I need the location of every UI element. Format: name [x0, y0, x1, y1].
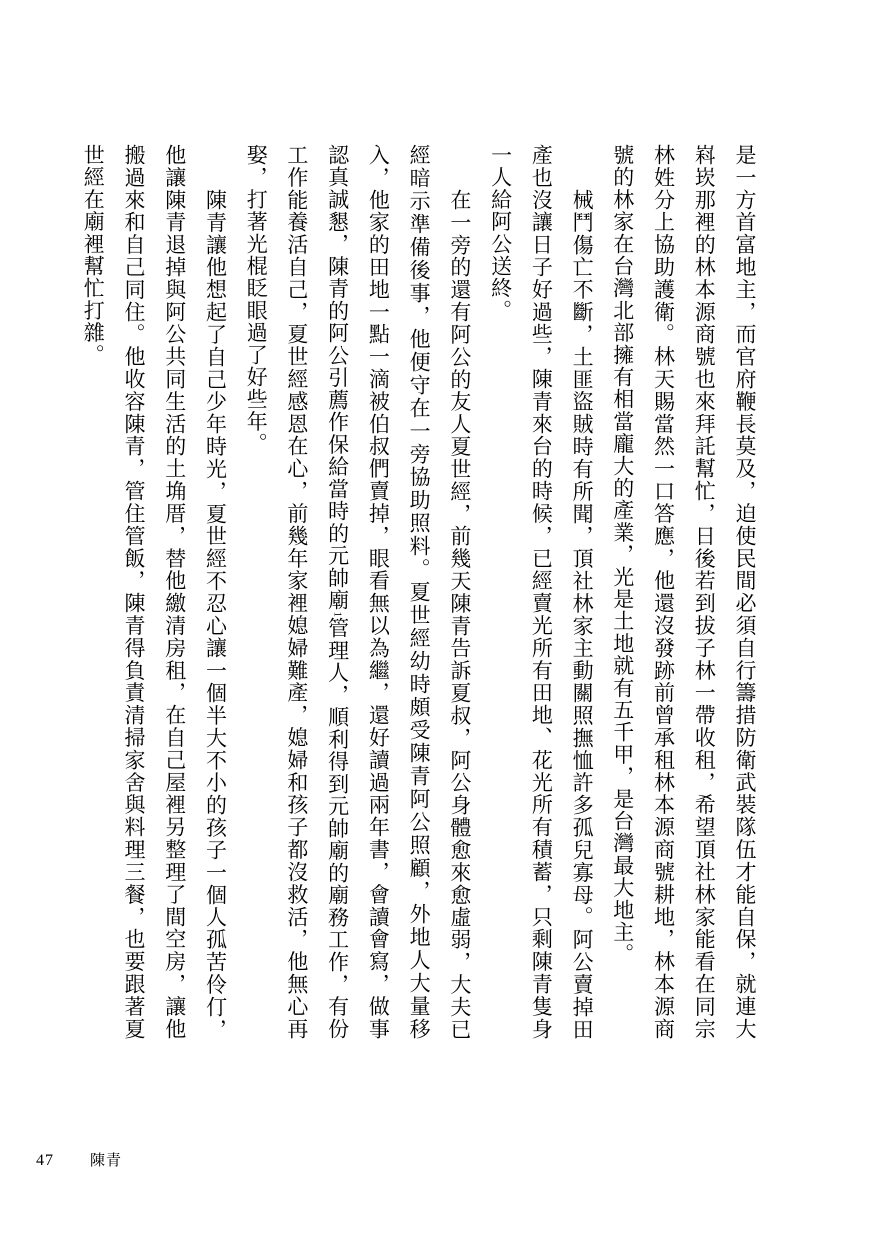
running-title: 陳青: [90, 1149, 122, 1170]
paragraph-3: 在一旁的還有阿公的友人夏世經，前幾天陳青告訴夏叔，阿公身體愈來愈虛弱，大夫已經暗…: [235, 144, 479, 1040]
paragraph-2: 械鬥傷亡不斷，土匪盜賊時有所聞，頂社林家主動關照撫恤許多孤兒寡母。阿公賣掉田產也…: [480, 144, 602, 1040]
paragraph-1: 是一方首富地主，而官府鞭長莫及，迫使民間必須自行籌措防衛武裝隊伍才能自保，就連大…: [602, 144, 765, 1040]
book-page: 是一方首富地主，而官府鞭長莫及，迫使民間必須自行籌措防衛武裝隊伍才能自保，就連大…: [0, 0, 875, 1241]
text-block: 是一方首富地主，而官府鞭長莫及，迫使民間必須自行籌措防衛武裝隊伍才能自保，就連大…: [73, 144, 765, 1040]
page-footer: 47 陳青: [36, 1149, 122, 1170]
paragraph-4: 陳青讓他想起了自己少年時光，夏世經不忍心讓一個半大不小的孩子一個人孤苦伶仃，他讓…: [73, 144, 236, 1040]
page-number: 47: [36, 1152, 62, 1170]
